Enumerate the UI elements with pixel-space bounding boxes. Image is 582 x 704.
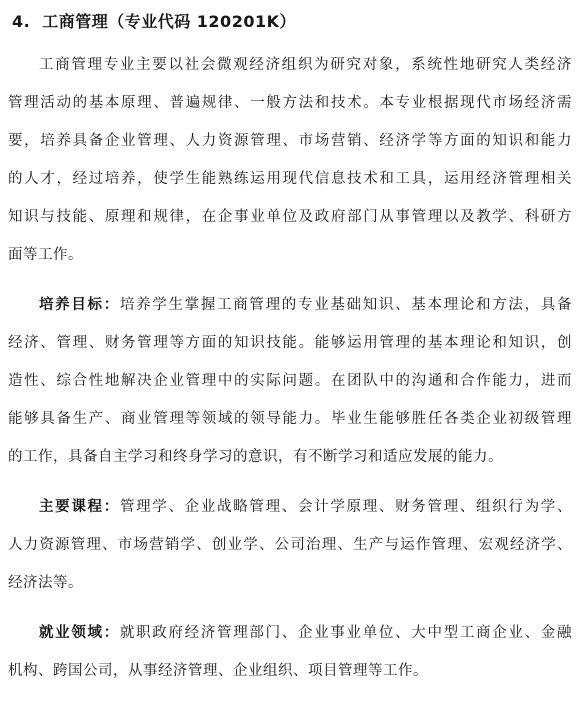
section-heading: 4.工商管理（专业代码 120201K）: [12, 10, 572, 34]
section-number: 4.: [12, 12, 30, 31]
text-line: 能够具备生产、商业管理等领域的领导能力。毕业生能够胜任各类企业初级管理: [8, 400, 572, 438]
main-courses-label: 主要课程：: [39, 499, 120, 515]
employment-fields-label: 就业领域：: [39, 625, 120, 641]
training-objectives-paragraph: 培养目标：培养学生掌握工商管理的专业基础知识、基本理论和方法，具备 经济、管理、…: [8, 286, 572, 476]
text-line: 面等工作。: [8, 236, 572, 274]
employment-fields-paragraph: 就业领域：就职政府经济管理部门、企业事业单位、大中型工商企业、金融 机构、跨国公…: [8, 614, 572, 690]
text-line: 知识与技能、原理和规律，在企事业单位及政府部门从事管理以及教学、科研方: [8, 198, 572, 236]
text-line: 机构、跨国公司，从事经济管理、企业组织、项目管理等工作。: [8, 652, 572, 690]
text-line: 经济、管理、财务管理等方面的知识技能。能够运用管理的基本理论和知识，创: [8, 324, 572, 362]
text-line: 培养目标：培养学生掌握工商管理的专业基础知识、基本理论和方法，具备: [8, 286, 572, 324]
section-title: 工商管理（专业代码 120201K）: [42, 12, 296, 31]
text-line: 经济法等。: [8, 564, 572, 602]
intro-paragraph: 工商管理专业主要以社会微观经济组织为研究对象，系统性地研究人类经济 管理活动的基…: [8, 46, 572, 274]
document-page: 4.工商管理（专业代码 120201K） 工商管理专业主要以社会微观经济组织为研…: [0, 0, 582, 704]
text-line: 人力资源管理、市场营销学、创业学、公司治理、生产与运作管理、宏观经济学、: [8, 526, 572, 564]
text-line-text: 培养学生掌握工商管理的专业基础知识、基本理论和方法，具备: [120, 297, 572, 313]
text-line: 的工作，具备自主学习和终身学习的意识，有不断学习和适应发展的能力。: [8, 438, 572, 476]
text-line: 造性、综合性地解决企业管理中的实际问题。在团队中的沟通和合作能力，进而: [8, 362, 572, 400]
text-line: 工商管理专业主要以社会微观经济组织为研究对象，系统性地研究人类经济: [8, 46, 572, 84]
training-objectives-label: 培养目标：: [39, 297, 120, 313]
text-line-text: 就职政府经济管理部门、企业事业单位、大中型工商企业、金融: [120, 625, 572, 641]
text-line: 的人才，经过培养，使学生能熟练运用现代信息技术和工具，运用经济管理相关: [8, 160, 572, 198]
text-line-text: 管理学、企业战略管理、会计学原理、财务管理、组织行为学、: [120, 499, 572, 515]
main-courses-paragraph: 主要课程：管理学、企业战略管理、会计学原理、财务管理、组织行为学、 人力资源管理…: [8, 488, 572, 602]
text-line: 要，培养具备企业管理、人力资源管理、市场营销、经济学等方面的知识和能力: [8, 122, 572, 160]
text-line: 就业领域：就职政府经济管理部门、企业事业单位、大中型工商企业、金融: [8, 614, 572, 652]
text-line: 管理活动的基本原理、普遍规律、一般方法和技术。本专业根据现代市场经济需: [8, 84, 572, 122]
text-line: 主要课程：管理学、企业战略管理、会计学原理、财务管理、组织行为学、: [8, 488, 572, 526]
